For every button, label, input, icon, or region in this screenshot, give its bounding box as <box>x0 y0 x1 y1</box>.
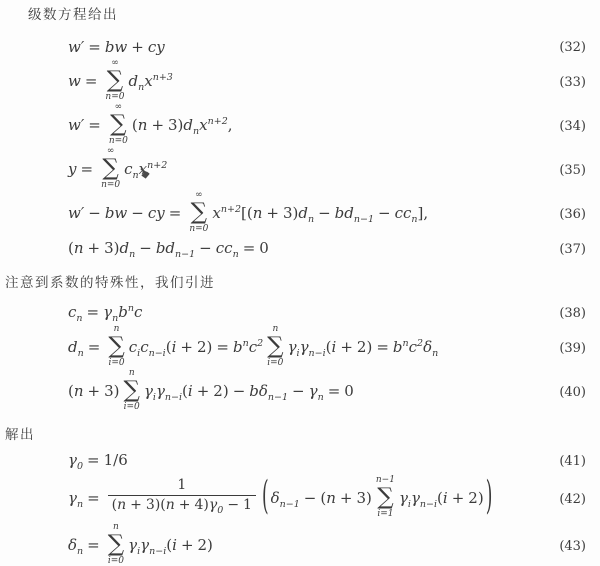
equation-row-43: δn=n∑i=0γiγn−i(i+2) (43) <box>5 524 586 566</box>
equation-content: γn=1(n+3)(n+4)γ0−1(δn−1−(n+3)n−1∑i=1γiγn… <box>68 477 494 521</box>
summation-symbol: n∑i=0 <box>267 324 283 368</box>
equation-number: (37) <box>559 242 586 257</box>
equation-row-36: w′−bw−cy=∞∑n=0xn+2[(n+3)dn−bdn−1−ccn], (… <box>5 192 586 236</box>
equation-row-39: dn=n∑i=0cicn−i(i+2)=bnc2n∑i=0γiγn−i(i+2)… <box>5 326 586 370</box>
equation-content: (n+3)dn−bdn−1−ccn=0 <box>68 239 269 260</box>
equation-number: (42) <box>559 492 586 507</box>
equation-row-33: w=∞∑n=0dnxn+3 (33) <box>5 60 586 104</box>
equation-content: dn=n∑i=0cicn−i(i+2)=bnc2n∑i=0γiγn−i(i+2)… <box>68 326 438 370</box>
equation-content: (n+3)n∑i=0γiγn−i(i+2)−bδn−1−γn=0 <box>68 370 354 414</box>
equation-number: (36) <box>559 207 586 222</box>
sigma-icon: ∑ <box>377 486 393 509</box>
equation-row-41: γ0=1/6 (41) <box>5 448 586 474</box>
equation-number: (40) <box>559 385 586 400</box>
equation-number: (38) <box>559 306 586 321</box>
equation-content: w′=bw+cy <box>68 38 165 56</box>
equation-row-38: cn=γnbnc (38) <box>5 300 586 326</box>
big-paren: ( <box>262 474 269 520</box>
equation-number: (35) <box>559 163 586 178</box>
equation-row-35: y=∞∑n=0cnxn+2 (35) <box>5 148 586 192</box>
equation-content: w′−bw−cy=∞∑n=0xn+2[(n+3)dn−bdn−1−ccn], <box>68 192 428 236</box>
sigma-icon: ∑ <box>107 69 123 92</box>
paragraph-coefficients-note: 注意到系数的特殊性，我们引进 <box>5 274 586 292</box>
sigma-icon: ∑ <box>267 335 283 358</box>
sigma-icon: ∑ <box>108 533 124 556</box>
summation-symbol: n∑i=0 <box>124 368 140 412</box>
sigma-icon: ∑ <box>110 113 126 136</box>
equation-number: (32) <box>559 40 586 55</box>
equation-content: γ0=1/6 <box>68 451 128 472</box>
big-paren: ) <box>486 474 493 520</box>
equation-number: (41) <box>559 454 586 469</box>
equation-number: (43) <box>559 539 586 554</box>
equation-number: (39) <box>559 341 586 356</box>
equation-content: w=∞∑n=0dnxn+3 <box>68 60 173 104</box>
equation-content: cn=γnbnc <box>68 303 142 324</box>
equation-row-37: (n+3)dn−bdn−1−ccn=0 (37) <box>5 236 586 262</box>
paragraph-series-intro: 级数方程给出 <box>5 6 586 24</box>
equation-row-32: w′=bw+cy (32) <box>5 34 586 60</box>
equation-number: (33) <box>559 75 586 90</box>
summation-symbol: ∞∑n=0 <box>109 102 128 146</box>
summation-symbol: ∞∑n=0 <box>101 146 120 190</box>
summation-symbol: n∑i=0 <box>108 324 124 368</box>
equation-row-42: γn=1(n+3)(n+4)γ0−1(δn−1−(n+3)n−1∑i=1γiγn… <box>5 474 586 524</box>
equation-content: δn=n∑i=0γiγn−i(i+2) <box>68 524 213 566</box>
sigma-icon: ∑ <box>108 335 124 358</box>
equation-row-34: w′=∞∑n=0(n+3)dnxn+2, (34) <box>5 104 586 148</box>
equation-content: w′=∞∑n=0(n+3)dnxn+2, <box>68 104 233 148</box>
equation-row-40: (n+3)n∑i=0γiγn−i(i+2)−bδn−1−γn=0 (40) <box>5 370 586 414</box>
summation-symbol: ∞∑n=0 <box>105 58 124 102</box>
sigma-icon: ∑ <box>124 379 140 402</box>
sigma-icon: ∑ <box>191 201 207 224</box>
document-page: 级数方程给出 w′=bw+cy (32) w=∞∑n=0dnxn+3 (33) … <box>0 0 600 566</box>
summation-symbol: ∞∑n=0 <box>189 190 208 234</box>
summation-symbol: n−1∑i=1 <box>376 475 395 519</box>
equation-number: (34) <box>559 119 586 134</box>
summation-symbol: n∑i=0 <box>108 522 124 566</box>
paragraph-solve: 解出 <box>5 426 586 444</box>
sigma-icon: ∑ <box>102 157 118 180</box>
fraction: 1(n+3)(n+4)γ0−1 <box>108 477 256 517</box>
